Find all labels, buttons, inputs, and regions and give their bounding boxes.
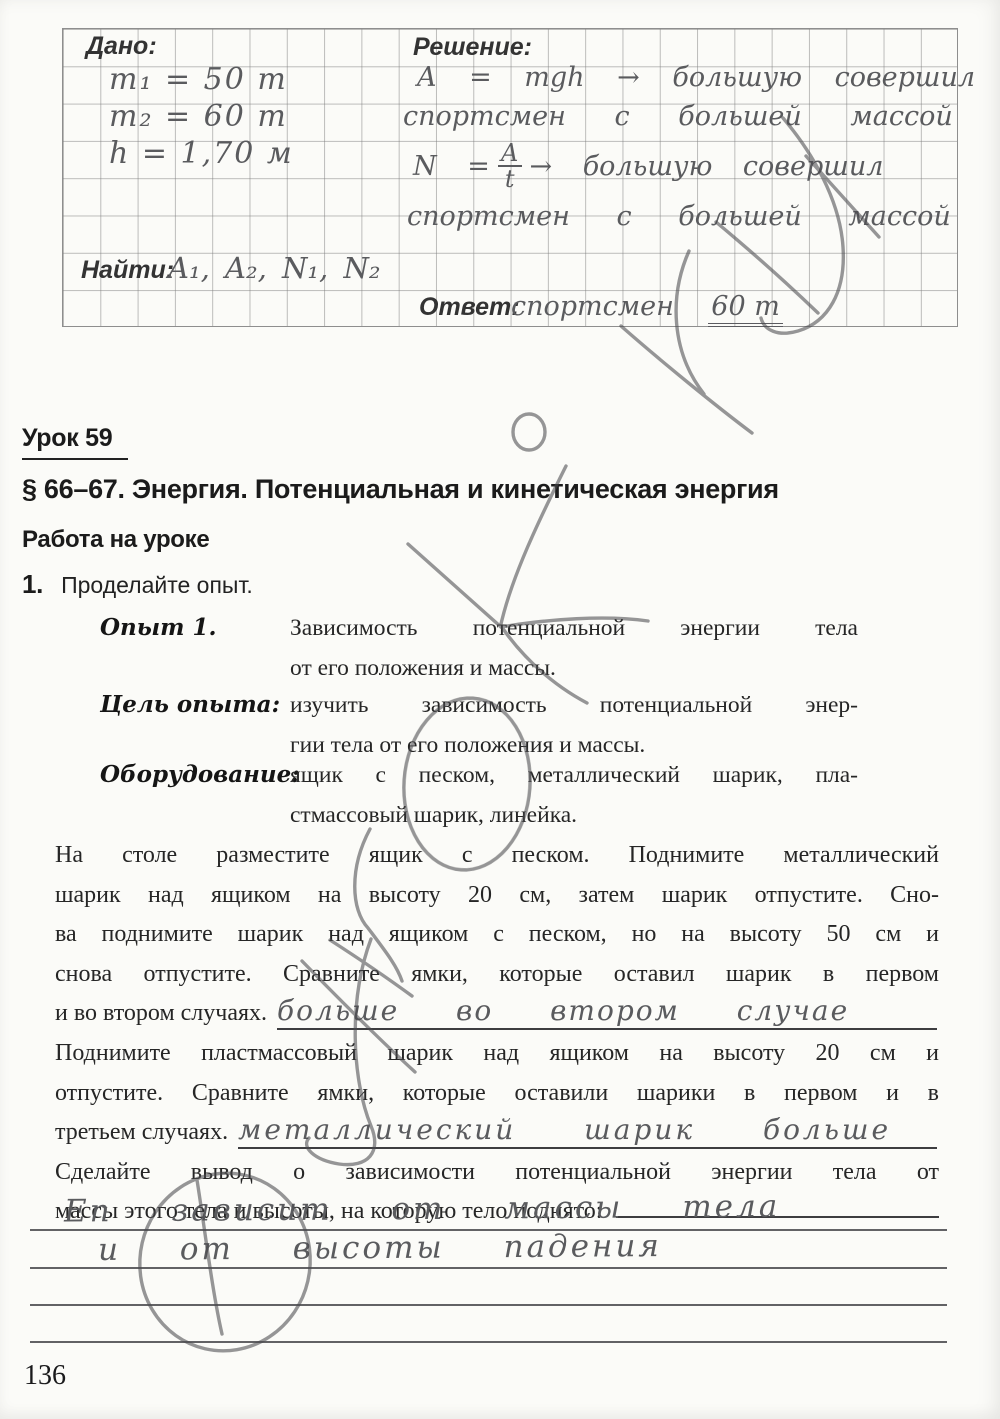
handwritten-find: A₁, A₂, N₁, N₂ (168, 251, 380, 285)
experiment-text-equipment: ящик с песком, металлический шарик, пла-… (290, 757, 858, 836)
section-subheading: Работа на уроке (22, 526, 209, 554)
task-item: 1. Проделайте опыт. (22, 569, 253, 600)
solution-label: Решение: (413, 33, 532, 62)
handwritten-given-h: h = 1,70 м (109, 136, 294, 171)
solution-grid: Дано: m₁ = 50 m m₂ = 60 m h = 1,70 м Най… (62, 28, 958, 327)
workbook-page: Дано: m₁ = 50 m m₂ = 60 m h = 1,70 м Най… (0, 0, 1000, 1419)
lesson-heading: Урок 59 (22, 424, 128, 460)
body-line: На столе разместите ящик с песком. Подни… (55, 836, 939, 876)
body-line: снова отпустите. Сравните ямки, которые … (55, 955, 939, 995)
answer-rule-line (30, 1341, 947, 1343)
experiment-text-goal: изучить зависимость потенциальной энер- … (290, 687, 858, 766)
experiment-label-opyt: Опыт 1. (100, 614, 217, 641)
fraction-a-over-t: A t (498, 141, 522, 192)
experiment-line: стмассовый шарик, линейка. (290, 797, 858, 837)
handwritten-answer-value: 60 m (708, 291, 783, 327)
body-line-end: третьем случаях. (55, 1113, 228, 1153)
body-line: Сделайте вывод о зависимости потенциальн… (55, 1153, 939, 1193)
body-line: ва поднимите шарик над ящиком с песком, … (55, 915, 939, 955)
body-line-with-answer: и во втором случаях. больше во втором сл… (55, 994, 939, 1034)
task-number: 1. (22, 569, 43, 600)
formula-n-suffix: → большую совершил (530, 151, 884, 182)
experiment-text-opyt: Зависимость потенциальной энергии тела о… (290, 610, 858, 689)
body-line-end: и во втором случаях. (55, 994, 267, 1034)
handwritten-inline-answer-1: больше во втором случае (277, 994, 937, 1030)
handwritten-conclusion-line1: Eп зависит от массы тела (64, 1189, 781, 1230)
find-label: Найти: (81, 256, 174, 285)
handwritten-inline-answer-2: металлический шарик больше (238, 1113, 937, 1149)
pencil-stroke (621, 326, 752, 433)
experiment-line: от его положения и массы. (290, 650, 858, 690)
answer-rule-line (30, 1304, 947, 1306)
handwritten-answer-text: спортсмен (511, 291, 674, 322)
handwritten-solution-line4: спортсмен с большей массой (407, 201, 951, 232)
experiment-line: изучить зависимость потенциальной энер- (290, 687, 858, 727)
answer-label: Ответ: (419, 293, 520, 322)
handwritten-given-m2: m₂ = 60 m (109, 99, 288, 134)
fraction-denominator: t (498, 165, 522, 191)
handwritten-answer: спортсмен 60 m (511, 291, 783, 322)
body-line: шарик над ящиком на высоту 20 см, затем … (55, 876, 939, 916)
task-text: Проделайте опыт. (61, 572, 253, 599)
experiment-line: ящик с песком, металлический шарик, пла- (290, 757, 858, 797)
body-text: На столе разместите ящик с песком. Подни… (55, 836, 939, 1232)
given-label: Дано: (86, 32, 157, 61)
paragraph-heading: § 66–67. Энергия. Потенциальная и кинети… (22, 474, 779, 505)
body-line: отпустите. Сравните ямки, которые остави… (55, 1074, 939, 1114)
page-number: 136 (24, 1360, 66, 1392)
handwritten-solution-line3: N = A t → большую совершил (413, 141, 883, 192)
formula-n-prefix: N = (413, 151, 490, 182)
body-line: Поднимите пластмассовый шарик над ящиком… (55, 1034, 939, 1074)
handwritten-solution-line1: A = mgh → большую совершил (417, 62, 975, 93)
fraction-numerator: A (498, 141, 522, 165)
pencil-oval-small (513, 414, 545, 450)
experiment-label-goal: Цель опыта: (100, 691, 280, 718)
handwritten-given-m1: m₁ = 50 m (109, 62, 288, 97)
experiment-label-equipment: Оборудование: (100, 761, 300, 788)
body-line-with-answer: третьем случаях. металлический шарик бол… (55, 1113, 939, 1153)
experiment-line: Зависимость потенциальной энергии тела (290, 610, 858, 650)
handwritten-solution-line2: спортсмен с большей массой (403, 101, 953, 132)
handwritten-conclusion-line2: и от высоты падения (98, 1228, 662, 1268)
